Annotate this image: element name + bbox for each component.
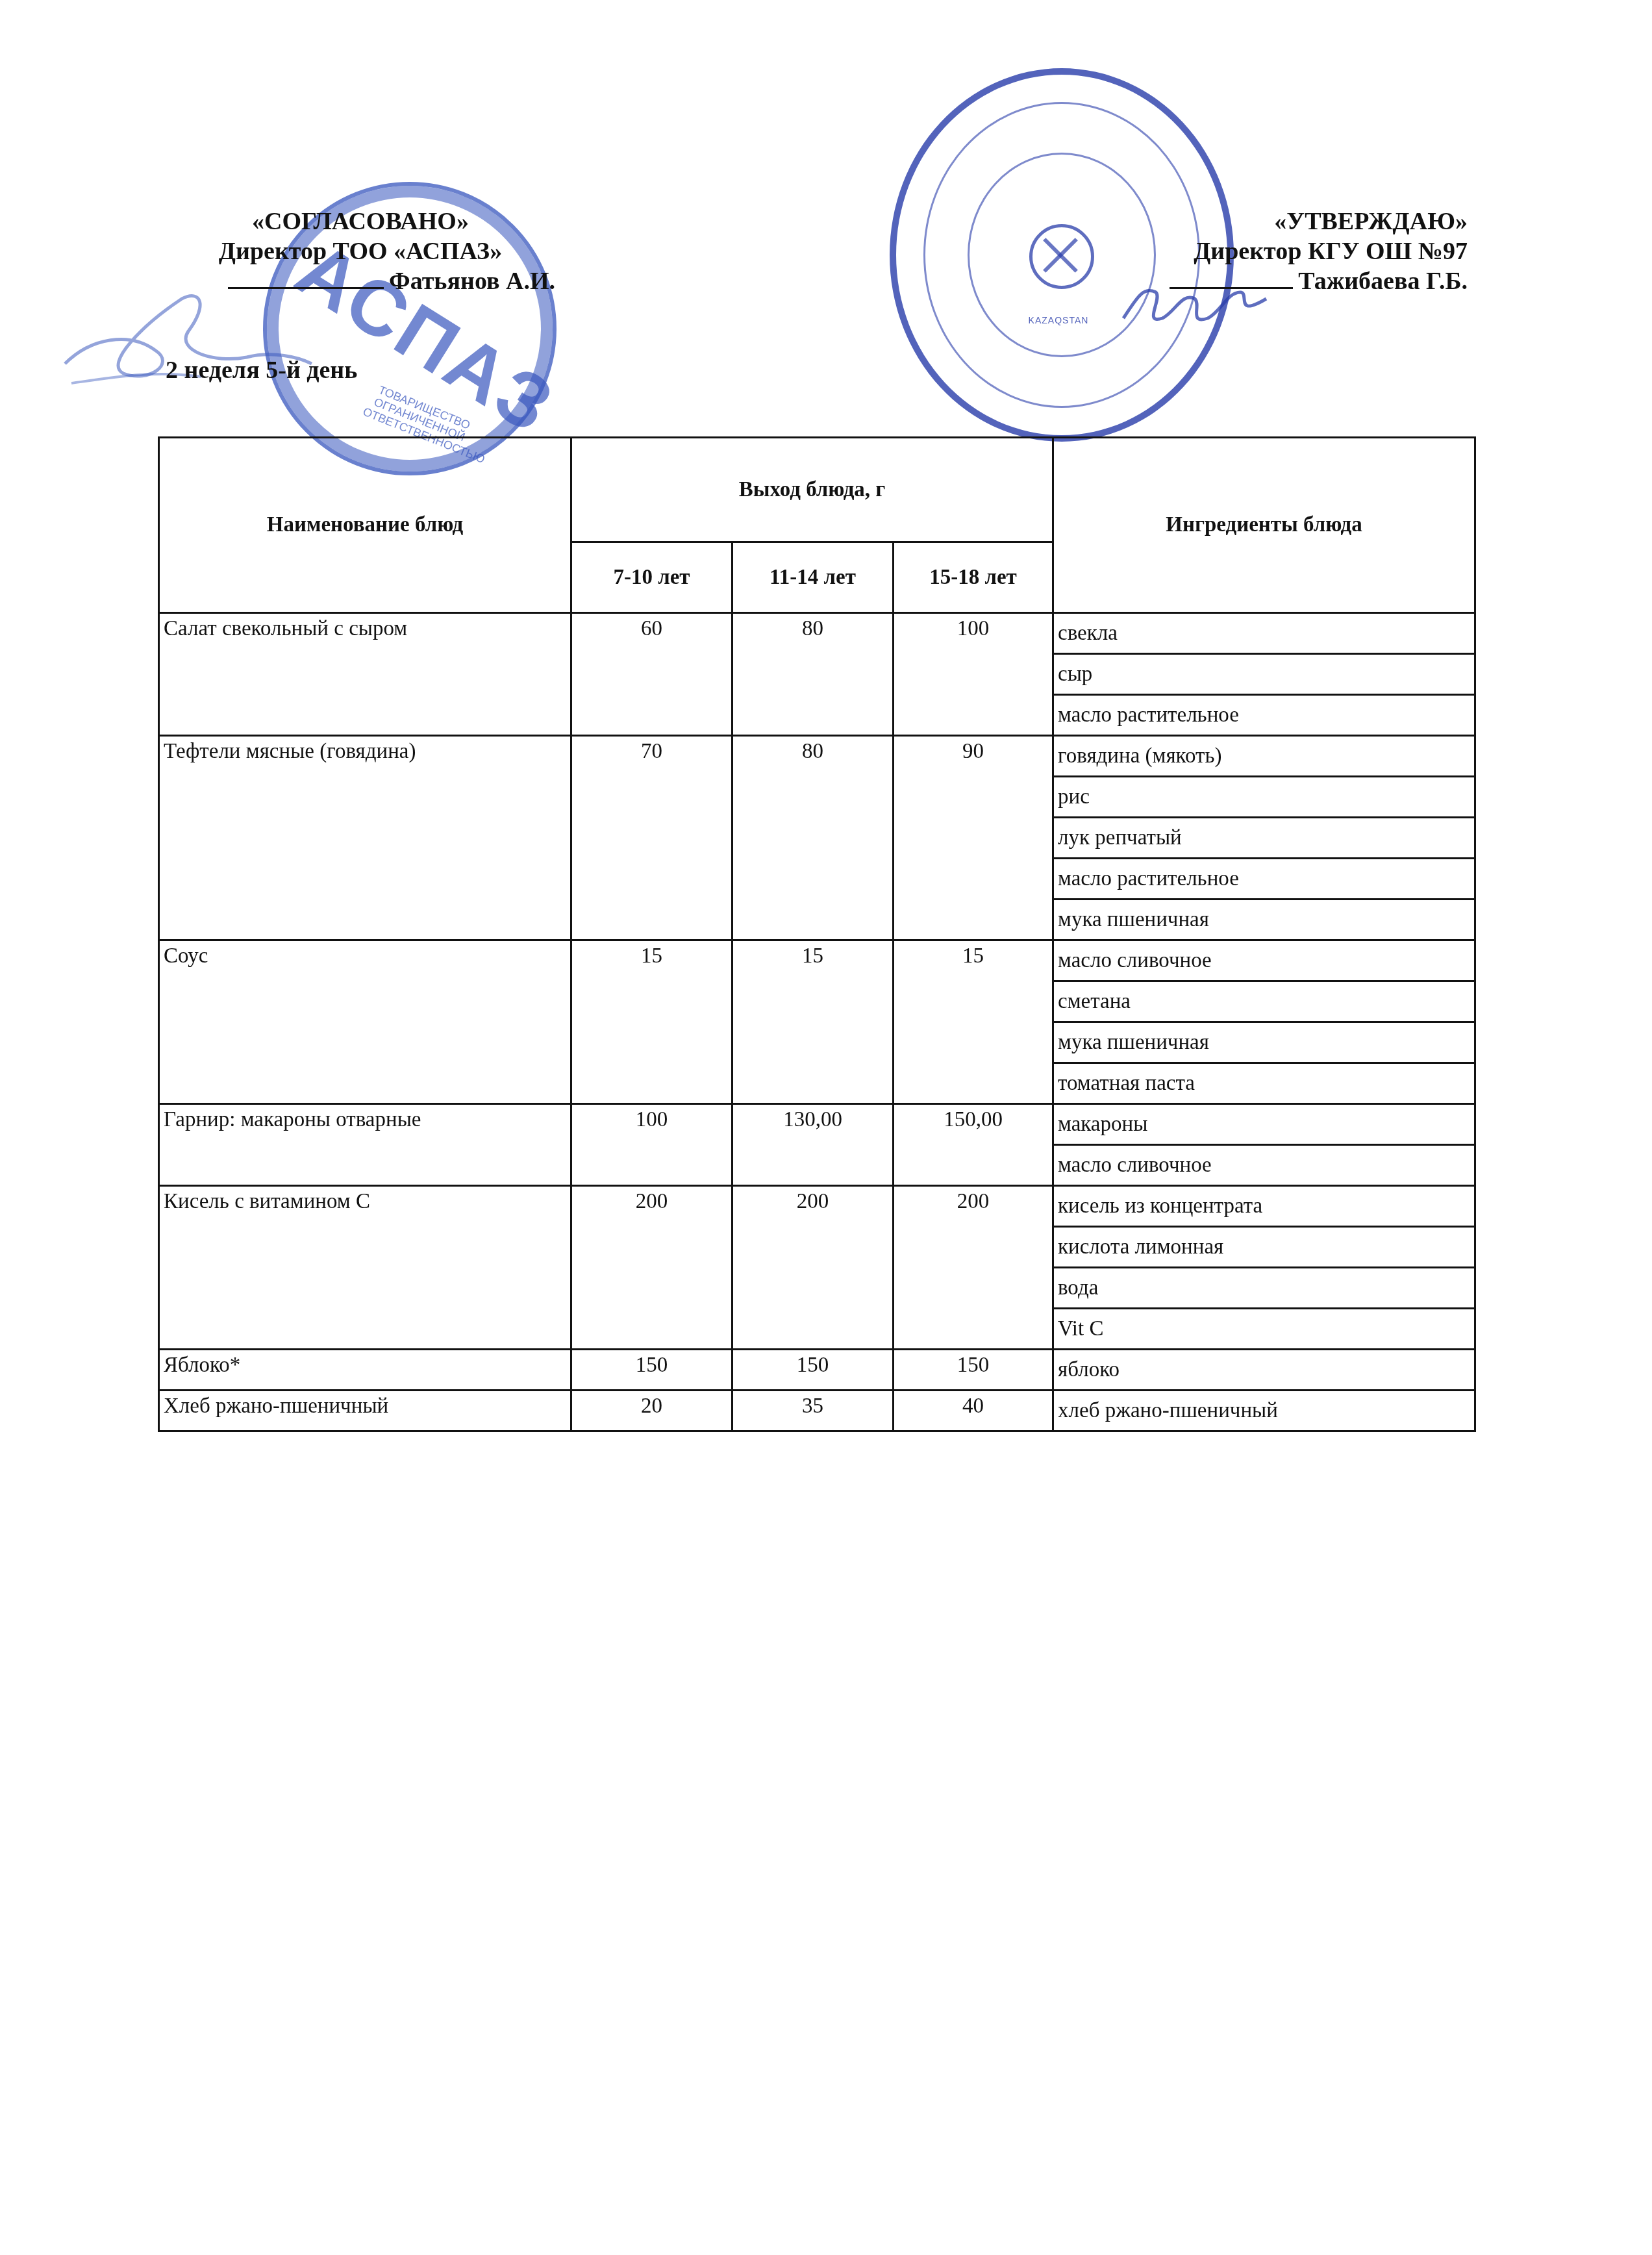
approval-title: «УТВЕРЖДАЮ» — [1130, 207, 1468, 236]
signature-line — [1170, 268, 1293, 289]
ingredient: сыр — [1053, 654, 1475, 695]
yield-7-10: 60 — [571, 613, 732, 736]
table-row: Хлеб ржано-пшеничный203540хлеб ржано-пше… — [159, 1391, 1475, 1431]
ingredient: масло сливочное — [1053, 1145, 1475, 1186]
yield-11-14: 80 — [732, 736, 894, 940]
approval-block-agreed: «СОГЛАСОВАНО» Директор ТОО «АСПАЗ» Фатья… — [166, 207, 555, 296]
ingredient: Vit C — [1053, 1309, 1475, 1350]
dish-name: Кисель с витамином С — [159, 1186, 571, 1350]
header-age-15-18: 15-18 лет — [894, 542, 1053, 613]
ingredient: кислота лимонная — [1053, 1227, 1475, 1268]
emblem-icon — [1029, 224, 1094, 289]
header-age-11-14: 11-14 лет — [732, 542, 894, 613]
yield-11-14: 200 — [732, 1186, 894, 1350]
ingredient: вода — [1053, 1268, 1475, 1309]
dish-name: Соус — [159, 940, 571, 1104]
approval-position: Директор КГУ ОШ №97 — [1130, 236, 1468, 266]
ingredient: лук репчатый — [1053, 818, 1475, 859]
yield-7-10: 100 — [571, 1104, 732, 1186]
ingredient: масло сливочное — [1053, 940, 1475, 981]
table-row: Тефтели мясные (говядина)708090говядина … — [159, 736, 1475, 777]
ingredient: рис — [1053, 777, 1475, 818]
menu-table-body: Салат свекольный с сыром6080100свекласыр… — [159, 613, 1475, 1431]
signature-left-icon — [52, 286, 325, 403]
table-row: Кисель с витамином С200200200кисель из к… — [159, 1186, 1475, 1227]
ingredient: мука пшеничная — [1053, 1022, 1475, 1063]
ingredient: яблоко — [1053, 1350, 1475, 1391]
menu-day-label: 2 неделя 5-й день — [166, 356, 357, 384]
yield-15-18: 150 — [894, 1350, 1053, 1391]
yield-11-14: 150 — [732, 1350, 894, 1391]
yield-7-10: 20 — [571, 1391, 732, 1431]
yield-11-14: 130,00 — [732, 1104, 894, 1186]
yield-15-18: 100 — [894, 613, 1053, 736]
header-dish-name: Наименование блюд — [159, 438, 571, 613]
approval-title: «СОГЛАСОВАНО» — [166, 207, 555, 236]
seal-label: KAZAQSTAN — [994, 315, 1123, 325]
header-yield: Выход блюда, г — [571, 438, 1053, 542]
ingredient: мука пшеничная — [1053, 900, 1475, 940]
signature-line — [228, 268, 384, 289]
approval-name: Фатьянов А.И. — [389, 268, 555, 295]
header-age-7-10: 7-10 лет — [571, 542, 732, 613]
ingredient: говядина (мякоть) — [1053, 736, 1475, 777]
yield-15-18: 90 — [894, 736, 1053, 940]
dish-name: Яблоко* — [159, 1350, 571, 1391]
menu-table: Наименование блюд Выход блюда, г Ингреди… — [158, 436, 1476, 1432]
ingredient: свекла — [1053, 613, 1475, 654]
ingredient: макароны — [1053, 1104, 1475, 1145]
ingredient: сметана — [1053, 981, 1475, 1022]
seal-inner-ring — [968, 153, 1156, 357]
table-row: Гарнир: макароны отварные100130,00150,00… — [159, 1104, 1475, 1145]
yield-7-10: 15 — [571, 940, 732, 1104]
yield-7-10: 70 — [571, 736, 732, 940]
ingredient: масло растительное — [1053, 859, 1475, 900]
yield-15-18: 15 — [894, 940, 1053, 1104]
yield-15-18: 150,00 — [894, 1104, 1053, 1186]
header-ingredients: Ингредиенты блюда — [1053, 438, 1475, 613]
ingredient: хлеб ржано-пшеничный — [1053, 1391, 1475, 1431]
dish-name: Тефтели мясные (говядина) — [159, 736, 571, 940]
yield-15-18: 200 — [894, 1186, 1053, 1350]
ingredient: томатная паста — [1053, 1063, 1475, 1104]
yield-7-10: 200 — [571, 1186, 732, 1350]
ingredient: масло растительное — [1053, 695, 1475, 736]
table-row: Соус151515масло сливочное — [159, 940, 1475, 981]
yield-11-14: 35 — [732, 1391, 894, 1431]
yield-15-18: 40 — [894, 1391, 1053, 1431]
approval-name: Тажибаева Г.Б. — [1298, 268, 1468, 295]
yield-7-10: 150 — [571, 1350, 732, 1391]
ingredient: кисель из концентрата — [1053, 1186, 1475, 1227]
dish-name: Хлеб ржано-пшеничный — [159, 1391, 571, 1431]
approval-block-approved: «УТВЕРЖДАЮ» Директор КГУ ОШ №97 Тажибаев… — [1130, 207, 1468, 296]
dish-name: Гарнир: макароны отварные — [159, 1104, 571, 1186]
approval-position: Директор ТОО «АСПАЗ» — [166, 236, 555, 266]
yield-11-14: 15 — [732, 940, 894, 1104]
table-row: Салат свекольный с сыром6080100свекла — [159, 613, 1475, 654]
yield-11-14: 80 — [732, 613, 894, 736]
dish-name: Салат свекольный с сыром — [159, 613, 571, 736]
table-row: Яблоко*150150150яблоко — [159, 1350, 1475, 1391]
